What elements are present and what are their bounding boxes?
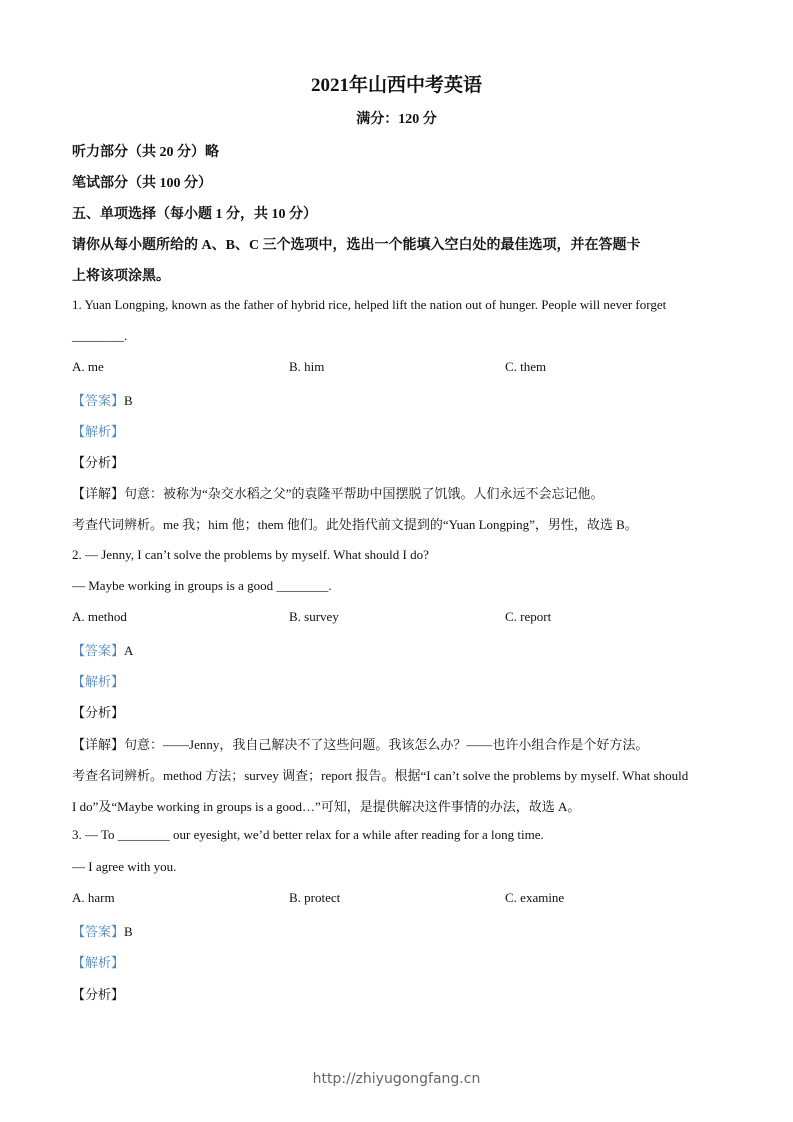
answer-label: 【答案】 bbox=[72, 924, 124, 939]
q1-analysis-label: 【解析】 bbox=[72, 421, 124, 440]
q2-option-c: C. report bbox=[505, 609, 551, 625]
q2-detail-line-3: I do”及“Maybe working in groups is a good… bbox=[72, 796, 580, 815]
answer-value: B bbox=[124, 393, 133, 408]
q2-option-b: B. survey bbox=[289, 609, 339, 625]
answer-label: 【答案】 bbox=[72, 393, 124, 408]
q3-option-a: A. harm bbox=[72, 890, 115, 906]
q1-answer: 【答案】B bbox=[72, 390, 133, 409]
q1-fenxi-label: 【分析】 bbox=[72, 452, 124, 471]
written-section: 笔试部分（共 100 分） bbox=[72, 172, 212, 192]
listening-section: 听力部分（共 20 分）略 bbox=[72, 141, 219, 161]
q3-answer: 【答案】B bbox=[72, 921, 133, 940]
detail-text: 句意：——Jenny，我自己解决不了这些问题。我该怎么办？——也许小组合作是个好… bbox=[124, 737, 648, 752]
q3-option-c: C. examine bbox=[505, 890, 564, 906]
footer-url: http://zhiyugongfang.cn bbox=[0, 1071, 793, 1087]
q2-stem-line-2: — Maybe working in groups is a good ____… bbox=[72, 578, 332, 594]
q1-detail-line-2: 考查代词辨析。me 我；him 他；them 他们。此处指代前文提到的“Yuan… bbox=[72, 514, 638, 533]
q3-stem-line-1: 3. — To ________ our eyesight, we’d bett… bbox=[72, 827, 544, 843]
q2-fenxi-label: 【分析】 bbox=[72, 702, 124, 721]
answer-value: A bbox=[124, 643, 133, 658]
instruction-line-2: 上将该项涂黑。 bbox=[72, 265, 170, 285]
detail-text: 句意：被称为“杂交水稻之父”的袁隆平帮助中国摆脱了饥饿。人们永远不会忘记他。 bbox=[124, 486, 604, 501]
instruction-line-1: 请你从每小题所给的 A、B、C 三个选项中，选出一个能填入空白处的最佳选项，并在… bbox=[72, 234, 641, 254]
page-title: 2021年山西中考英语 bbox=[0, 70, 793, 97]
q2-analysis-label: 【解析】 bbox=[72, 671, 124, 690]
q1-stem-line-2: ________. bbox=[72, 328, 127, 344]
q1-detail-line-1: 【详解】句意：被称为“杂交水稻之父”的袁隆平帮助中国摆脱了饥饿。人们永远不会忘记… bbox=[72, 483, 604, 502]
q2-stem-line-1: 2. — Jenny, I can’t solve the problems b… bbox=[72, 547, 429, 563]
answer-value: B bbox=[124, 924, 133, 939]
q3-fenxi-label: 【分析】 bbox=[72, 984, 124, 1003]
q1-stem-line-1: 1. Yuan Longping, known as the father of… bbox=[72, 297, 666, 313]
detail-label: 【详解】 bbox=[72, 486, 124, 501]
exam-page: 2021年山西中考英语 满分：120 分 听力部分（共 20 分）略 笔试部分（… bbox=[0, 0, 793, 1122]
q3-analysis-label: 【解析】 bbox=[72, 952, 124, 971]
part5-title: 五、单项选择（每小题 1 分，共 10 分） bbox=[72, 203, 317, 223]
q3-option-b: B. protect bbox=[289, 890, 340, 906]
q2-detail-line-2: 考查名词辨析。method 方法；survey 调查；report 报告。根据“… bbox=[72, 765, 688, 784]
q2-answer: 【答案】A bbox=[72, 640, 133, 659]
q1-option-c: C. them bbox=[505, 359, 546, 375]
answer-label: 【答案】 bbox=[72, 643, 124, 658]
q2-option-a: A. method bbox=[72, 609, 127, 625]
full-score: 满分：120 分 bbox=[0, 108, 793, 128]
detail-label: 【详解】 bbox=[72, 737, 124, 752]
q1-option-a: A. me bbox=[72, 359, 104, 375]
q2-detail-line-1: 【详解】句意：——Jenny，我自己解决不了这些问题。我该怎么办？——也许小组合… bbox=[72, 734, 648, 753]
q1-option-b: B. him bbox=[289, 359, 324, 375]
q3-stem-line-2: — I agree with you. bbox=[72, 859, 176, 875]
